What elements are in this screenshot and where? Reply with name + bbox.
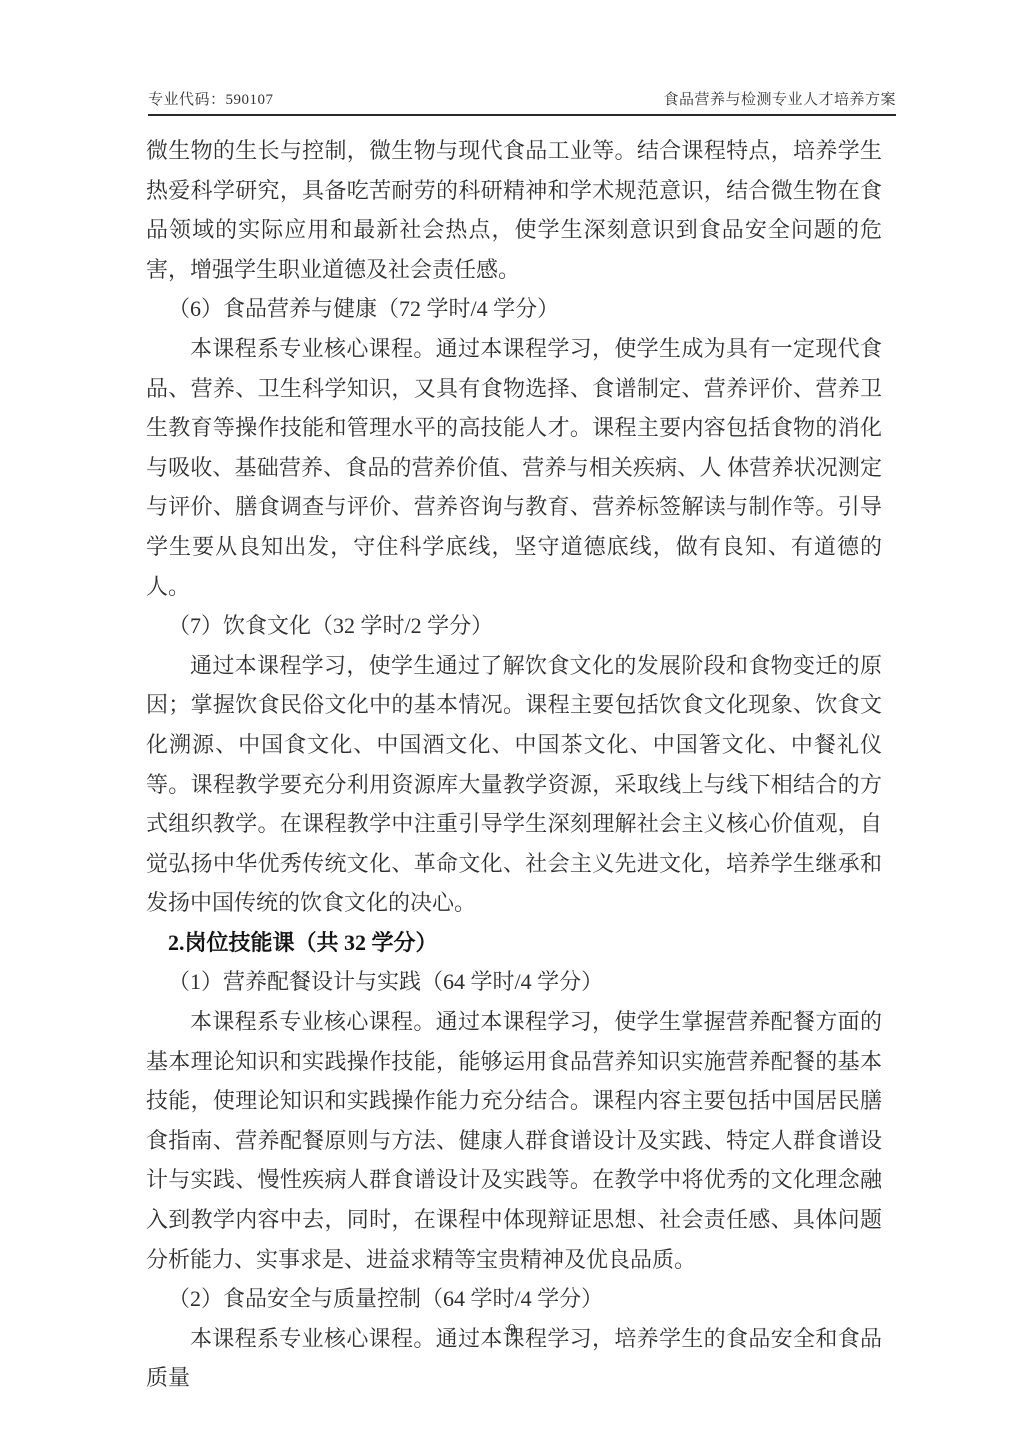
course-description-1: 本课程系专业核心课程。通过本课程学习，使学生掌握营养配餐方面的基本理论知识和实践… xyxy=(146,1002,882,1279)
course-item-title-1: （1）营养配餐设计与实践（64 学时/4 学分） xyxy=(146,962,882,1002)
header-doc-title: 食品营养与检测专业人才培养方案 xyxy=(663,88,896,109)
section-heading-skill-courses: 2.岗位技能课（共 32 学分） xyxy=(146,923,882,963)
header-major-code: 专业代码：590107 xyxy=(148,88,274,109)
course-description-7: 通过本课程学习，使学生通过了解饮食文化的发展阶段和食物变迁的原因；掌握饮食民俗文… xyxy=(146,646,882,923)
content-area: 微生物的生长与控制，微生物与现代食品工业等。结合课程特点，培养学生热爱科学研究，… xyxy=(146,131,882,1398)
document-page: 专业代码：590107 食品营养与检测专业人才培养方案 微生物的生长与控制，微生… xyxy=(0,0,1024,1448)
page-footer: 9 xyxy=(0,1320,1024,1340)
page-header: 专业代码：590107 食品营养与检测专业人才培养方案 xyxy=(148,88,896,116)
course-item-title-6: （6）食品营养与健康（72 学时/4 学分） xyxy=(146,289,882,329)
course-item-title-2: （2）食品安全与质量控制（64 学时/4 学分） xyxy=(146,1279,882,1319)
course-description-6: 本课程系专业核心课程。通过本课程学习，使学生成为具有一定现代食品、营养、卫生科学… xyxy=(146,329,882,606)
page-number: 9 xyxy=(508,1320,517,1339)
course-item-title-7: （7）饮食文化（32 学时/2 学分） xyxy=(146,606,882,646)
paragraph-continuation: 微生物的生长与控制，微生物与现代食品工业等。结合课程特点，培养学生热爱科学研究，… xyxy=(146,131,882,289)
